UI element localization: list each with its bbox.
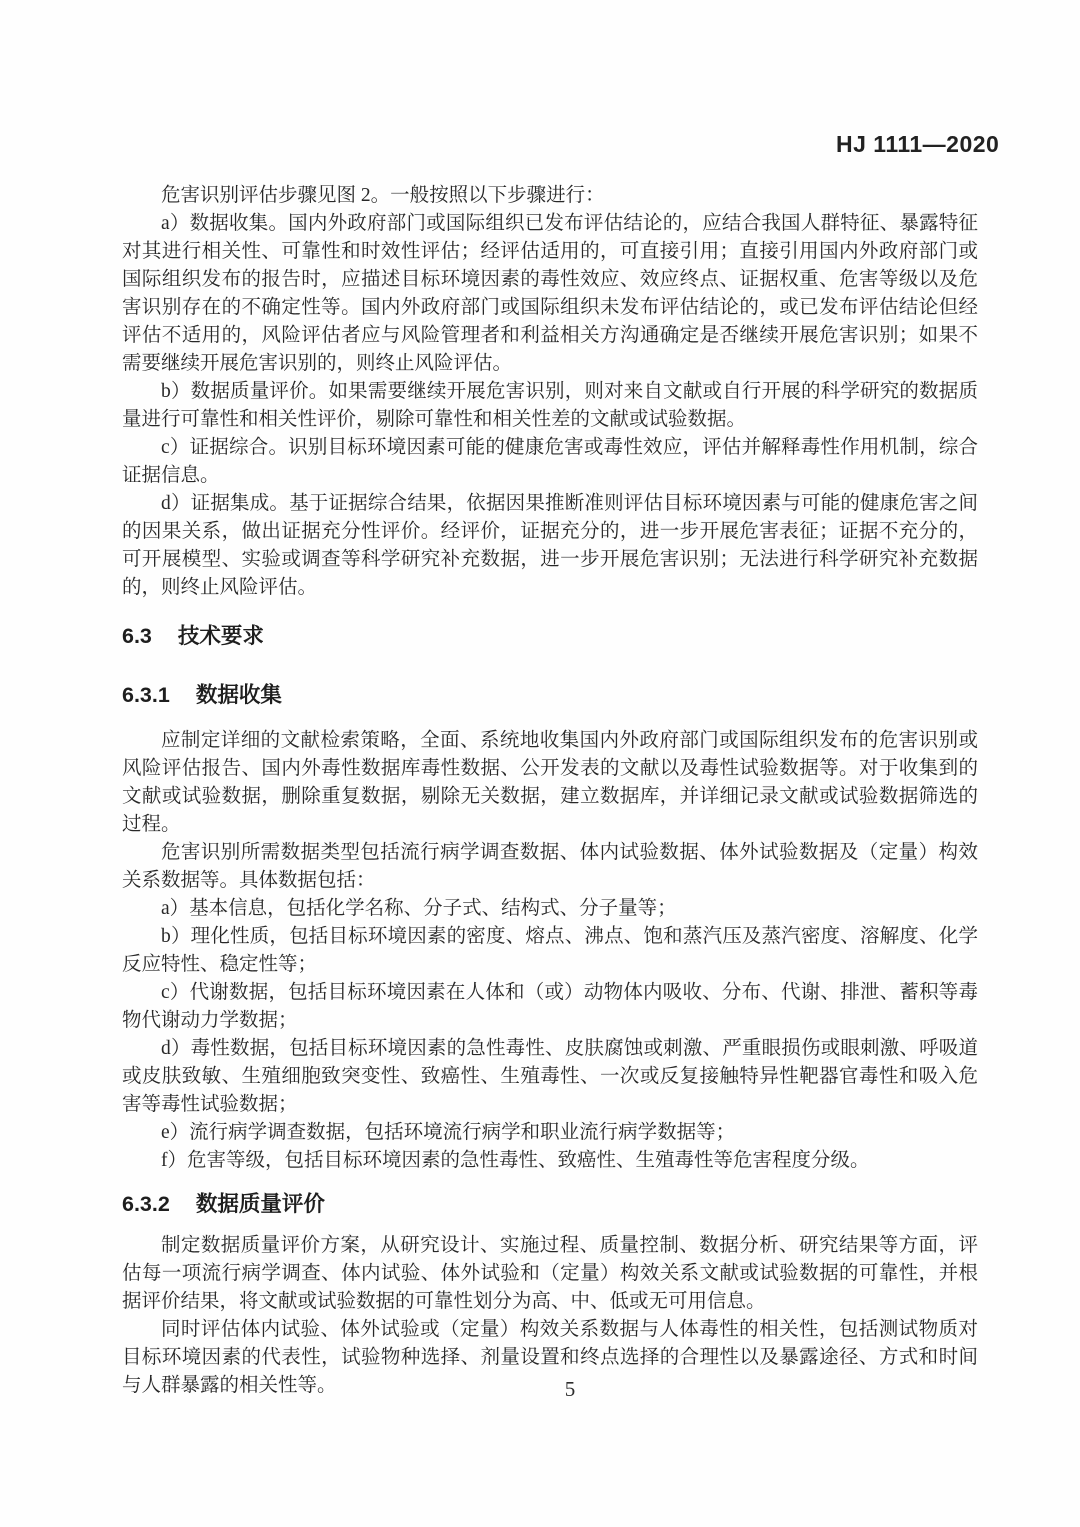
step-a-data-collection: a）数据收集。国内外政府部门或国际组织已发布评估结论的，应结合我国人群特征、暴露… bbox=[122, 210, 978, 378]
item-e-epidemiology: e）流行病学调查数据，包括环境流行病学和职业流行病学数据等； bbox=[122, 1119, 978, 1147]
heading-6-3: 6.3技术要求 bbox=[122, 622, 978, 650]
heading-6-3-1: 6.3.1数据收集 bbox=[122, 681, 978, 709]
item-f-hazard-class: f）危害等级，包括目标环境因素的急性毒性、致癌性、生殖毒性等危害程度分级。 bbox=[122, 1147, 978, 1175]
document-body: 危害识别评估步骤见图 2。一般按照以下步骤进行： a）数据收集。国内外政府部门或… bbox=[122, 182, 978, 1400]
subsection-title: 数据收集 bbox=[196, 683, 282, 707]
heading-6-3-2: 6.3.2数据质量评价 bbox=[122, 1190, 978, 1218]
subsection-number: 6.3.1 bbox=[122, 683, 170, 707]
item-c-metabolism: c）代谢数据，包括目标环境因素在人体和（或）动物体内吸收、分布、代谢、排泄、蓄积… bbox=[122, 979, 978, 1035]
item-b-physicochemical: b）理化性质，包括目标环境因素的密度、熔点、沸点、饱和蒸汽压及蒸汽密度、溶解度、… bbox=[122, 923, 978, 979]
standard-number-header: HJ 1111—2020 bbox=[836, 131, 1080, 158]
step-d-evidence-integration: d）证据集成。基于证据综合结果，依据因果推断准则评估目标环境因素与可能的健康危害… bbox=[122, 490, 978, 602]
item-d-toxicity: d）毒性数据，包括目标环境因素的急性毒性、皮肤腐蚀或刺激、严重眼损伤或眼刺激、呼… bbox=[122, 1035, 978, 1119]
para-intro: 危害识别评估步骤见图 2。一般按照以下步骤进行： bbox=[122, 182, 978, 210]
subsection-title: 数据质量评价 bbox=[196, 1192, 325, 1216]
section-title: 技术要求 bbox=[178, 624, 264, 648]
item-a-basic-info: a）基本信息，包括化学名称、分子式、结构式、分子量等； bbox=[122, 895, 978, 923]
para-literature-search: 应制定详细的文献检索策略，全面、系统地收集国内外政府部门或国际组织发布的危害识别… bbox=[122, 727, 978, 839]
step-b-data-quality: b）数据质量评价。如果需要继续开展危害识别，则对来自文献或自行开展的科学研究的数… bbox=[122, 378, 978, 434]
para-quality-eval-reliability: 制定数据质量评价方案，从研究设计、实施过程、质量控制、数据分析、研究结果等方面，… bbox=[122, 1232, 978, 1316]
subsection-number: 6.3.2 bbox=[122, 1192, 170, 1216]
page-number: 5 bbox=[550, 1377, 590, 1402]
section-number: 6.3 bbox=[122, 624, 152, 648]
step-c-evidence-synthesis: c）证据综合。识别目标环境因素可能的健康危害或毒性效应，评估并解释毒性作用机制，… bbox=[122, 434, 978, 490]
para-data-types: 危害识别所需数据类型包括流行病学调查数据、体内试验数据、体外试验数据及（定量）构… bbox=[122, 839, 978, 895]
document-page: HJ 1111—2020 危害识别评估步骤见图 2。一般按照以下步骤进行： a）… bbox=[0, 0, 1080, 1527]
